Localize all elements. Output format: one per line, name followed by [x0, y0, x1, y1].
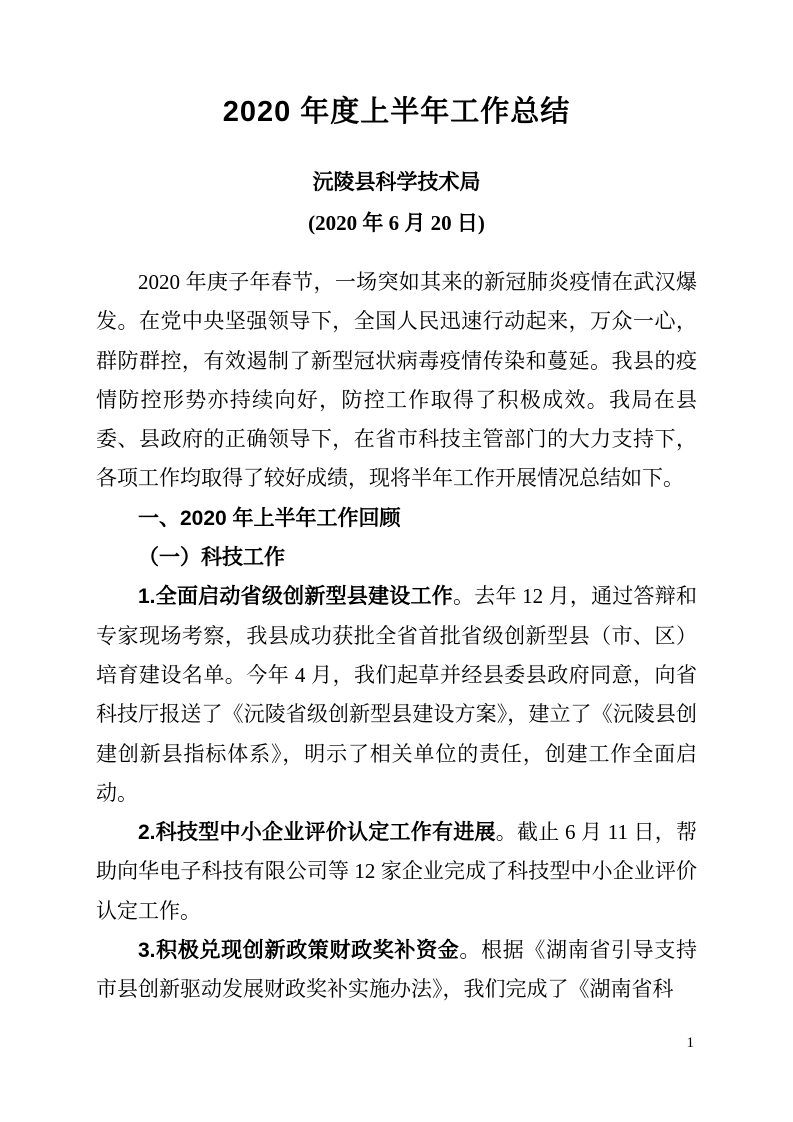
paragraph-item-1-text: 。去年 12 月，通过答辩和专家现场考察，我县成功获批全省首批省级创新型县（市、… [96, 584, 697, 804]
document-title: 2020 年度上半年工作总结 [96, 92, 697, 132]
document-organization: 沅陵县科学技术局 [96, 168, 697, 196]
page-number: 1 [687, 1034, 695, 1052]
section-heading-first-half-review: 一、2020 年上半年工作回顾 [96, 499, 697, 538]
paragraph-item-1-lead: 1.全面启动省级创新型县建设工作 [138, 585, 453, 608]
paragraph-item-2: 2.科技型中小企业评价认定工作有进展。截止 6 月 11 日，帮助向华电子科技有… [96, 813, 697, 931]
paragraph-intro-text: 2020 年庚子年春节，一场突如其来的新冠肺炎疫情在武汉爆发。在党中央坚强领导下… [96, 270, 697, 490]
document-page: 2020 年度上半年工作总结 沅陵县科学技术局 (2020 年 6 月 20 日… [0, 0, 793, 1122]
paragraph-item-1: 1.全面启动省级创新型县建设工作。去年 12 月，通过答辩和专家现场考察，我县成… [96, 577, 697, 813]
paragraph-item-2-lead: 2.科技型中小企业评价认定工作有进展 [138, 821, 496, 844]
document-date: (2020 年 6 月 20 日) [96, 209, 697, 237]
paragraph-intro: 2020 年庚子年春节，一场突如其来的新冠肺炎疫情在武汉爆发。在党中央坚强领导下… [96, 263, 697, 499]
document-body: 2020 年庚子年春节，一场突如其来的新冠肺炎疫情在武汉爆发。在党中央坚强领导下… [96, 263, 697, 1010]
paragraph-item-3-lead: 3.积极兑现创新政策财政奖补资金 [138, 939, 459, 962]
paragraph-item-3: 3.积极兑现创新政策财政奖补资金。根据《湖南省引导支持市县创新驱动发展财政奖补实… [96, 931, 697, 1010]
subsection-heading-science-tech-work: （一）科技工作 [96, 538, 697, 577]
